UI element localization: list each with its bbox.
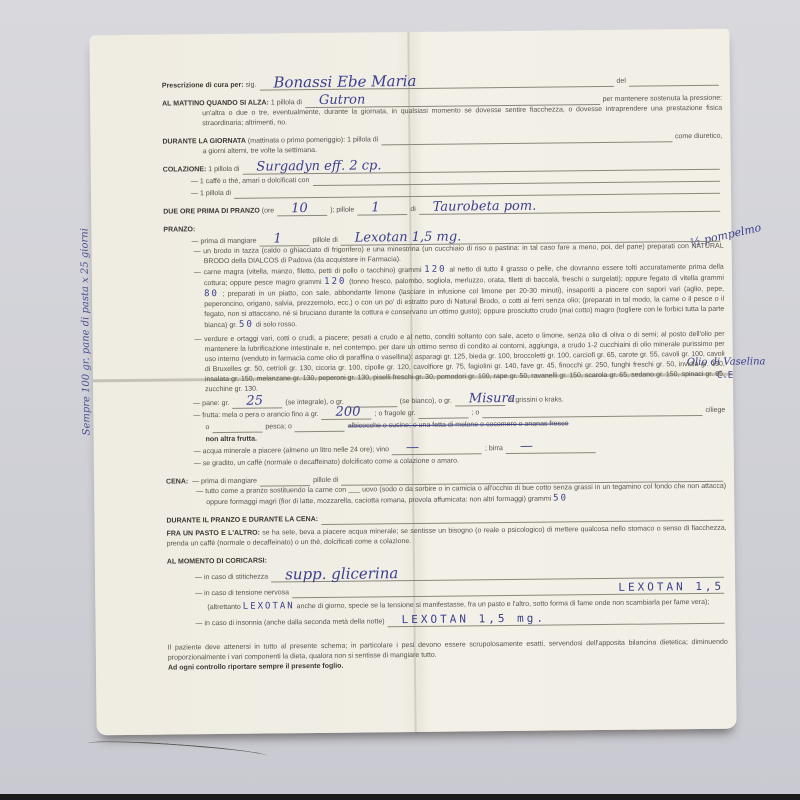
durante-field[interactable] (321, 511, 723, 525)
fra-pasto-heading: FRA UN PASTO E L'ALTRO: (167, 530, 260, 538)
pesca-field[interactable] (212, 423, 262, 434)
patient-name-field[interactable]: Bonassi Ebe Maria (259, 77, 613, 91)
patient-row: Prescrizione di cura per: sig. Bonassi E… (162, 76, 722, 92)
mattino-value: Gutron (319, 93, 366, 106)
fra-pasto: FRA UN PASTO E L'ALTRO: se ha sete, beva… (167, 524, 727, 550)
altrettanto-text: (altrettanto LEXOTAN anche di giorno, sp… (167, 597, 727, 614)
margin-note-left: Sempre 100 gr. pane di pasta x 25 giorni (79, 228, 92, 435)
prescription-form: Prescrizione di cura per: sig. Bonassi E… (162, 74, 728, 674)
carne-value[interactable]: 120 (424, 265, 446, 275)
fegato-value[interactable]: 80 (204, 289, 219, 299)
insonnia-field[interactable]: LEXOTAN 1,5 mg. (388, 614, 725, 628)
del-field[interactable] (629, 76, 719, 87)
insonnia-row: — in caso di insonnia (anche dalla secon… (167, 614, 727, 630)
frutta-field[interactable]: 200 (322, 409, 372, 420)
ciliege-field[interactable] (482, 406, 702, 418)
albicocche-field[interactable] (295, 422, 345, 433)
cena-prima-field[interactable] (260, 476, 310, 487)
tensione-field[interactable]: LEXOTAN 1,5 (292, 584, 724, 599)
fragole-field[interactable] (418, 408, 468, 419)
colazione-heading: COLAZIONE: (163, 165, 207, 175)
coricarsi-heading: AL MOMENTO DI CORICARSI: (167, 557, 267, 568)
grissini-field[interactable]: Misura (455, 396, 505, 407)
prosciutto-value[interactable]: 50 (239, 320, 254, 330)
ore-field[interactable]: 10 (277, 206, 327, 217)
del-label: del (616, 77, 625, 87)
header-label: Prescrizione di cura per: (162, 81, 244, 92)
prescription-sheet: Sempre 100 gr. pane di pasta x 25 giorni… (89, 29, 736, 736)
altrettanto-value[interactable]: LEXOTAN (243, 601, 295, 612)
pranzo-heading: PRANZO: (163, 225, 195, 235)
pane-integrale-field[interactable]: 25 (232, 398, 282, 409)
vino-field[interactable]: — (392, 444, 482, 455)
pranzo-verdure: — verdure e ortaggi vari, cotti o crudi,… (165, 330, 726, 396)
colazione-value: Surgadyn eff. 2 cp. (256, 159, 381, 173)
formaggi-value[interactable]: 50 (553, 493, 568, 503)
pranzo-carne: — carne magra (vitella, manzo, filetto, … (164, 262, 725, 332)
birra-field[interactable]: — (506, 443, 596, 454)
cena-heading: CENA: (166, 477, 188, 487)
coricarsi-row: AL MOMENTO DI CORICARSI: (167, 552, 727, 568)
durante-heading: DURANTE IL PRANZO E DURANTE LA CENA: (166, 515, 318, 527)
patient-name: Bonassi Ebe Maria (273, 75, 416, 89)
sig-label: sig. (245, 81, 256, 91)
pesce-value[interactable]: 120 (324, 277, 346, 287)
due-ore-row: DUE ORE PRIMA DI PRANZO (ore 10 ); pillo… (163, 202, 723, 218)
doctor-signature (88, 738, 268, 762)
pranzo-prima-field[interactable]: 1 (259, 236, 309, 247)
due-ore-heading: DUE ORE PRIMA DI PRANZO (163, 207, 260, 218)
cena-tutto: — tutto come a pranzo sostituendo la car… (166, 482, 726, 509)
due-ore-pillole-field[interactable]: 1 (357, 205, 407, 216)
due-ore-di-field[interactable]: Taurobeta pom. (419, 202, 721, 215)
photo-bottom-edge (0, 794, 800, 800)
